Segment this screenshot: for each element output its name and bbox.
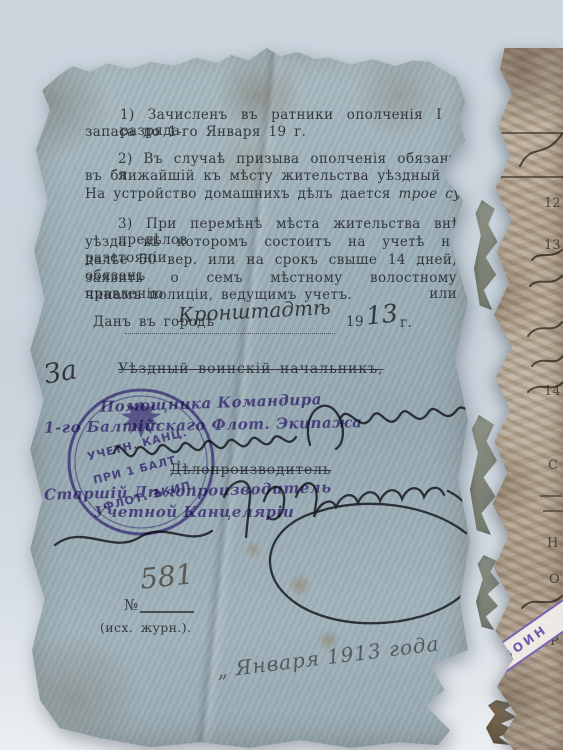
clause-2-line-3: На устройство домашнихъ дѣлъ дается трое… — [85, 187, 506, 203]
main-document-paper: 1) Зачисленъ въ ратники ополченія I разр… — [28, 45, 470, 750]
fragment-rule-line — [500, 132, 563, 134]
struck-title-uyezd-commander: Уѣздный воинскій начальникъ, — [118, 361, 383, 377]
fragment-dash — [543, 510, 563, 512]
issued-year-printed: 19 — [346, 315, 364, 331]
clause-1-line-2: запаса до 1-го Января 19 г. — [85, 125, 306, 141]
issued-suffix: г. — [400, 316, 412, 332]
stamp-assistant-commander-line1: Помощника Командира — [100, 390, 322, 416]
fragment-letter-n: Н — [547, 536, 558, 551]
clause-2-line-3-regular: На устройство домашнихъ дѣлъ дается — [85, 186, 398, 202]
stamp-assistant-commander-line2: 1-го Балтійскаго Флот. Экипажа — [44, 413, 363, 437]
fragment-letter-o: О — [549, 572, 560, 587]
date-handwritten: „ Января 1913 года — [215, 631, 440, 682]
fragment-number-12: 12 — [544, 196, 561, 211]
handwritten-za: За — [42, 354, 80, 390]
issued-year-handwritten: 13 — [365, 298, 400, 330]
clause-2-line-2: въ ближайшій къ мѣсту жительства уѣздный… — [85, 169, 457, 185]
main-document: 1) Зачисленъ въ ратники ополченія I разр… — [28, 45, 470, 750]
fragment-dash — [540, 495, 562, 497]
fragment-rule-line — [500, 176, 563, 178]
number-journal-note: (исх. журн.). — [100, 621, 191, 635]
fragment-letter-c: С — [548, 458, 558, 473]
fragment-number-14: 14 — [544, 384, 561, 399]
document-photo: 1) Зачисленъ въ ратники ополченія I разр… — [0, 0, 563, 750]
right-fragment: 12 13 14 С Н О Р ВОИН — [488, 48, 563, 750]
right-fragment-paper: 12 13 14 С Н О Р ВОИН — [488, 48, 563, 750]
fragment-number-13: 13 — [544, 238, 561, 253]
number-sign: № — [124, 597, 139, 614]
struck-title-clerk: Дѣлопроизводитель — [170, 462, 331, 478]
number-underline — [140, 611, 194, 613]
number-handwritten: 581 — [138, 557, 195, 595]
